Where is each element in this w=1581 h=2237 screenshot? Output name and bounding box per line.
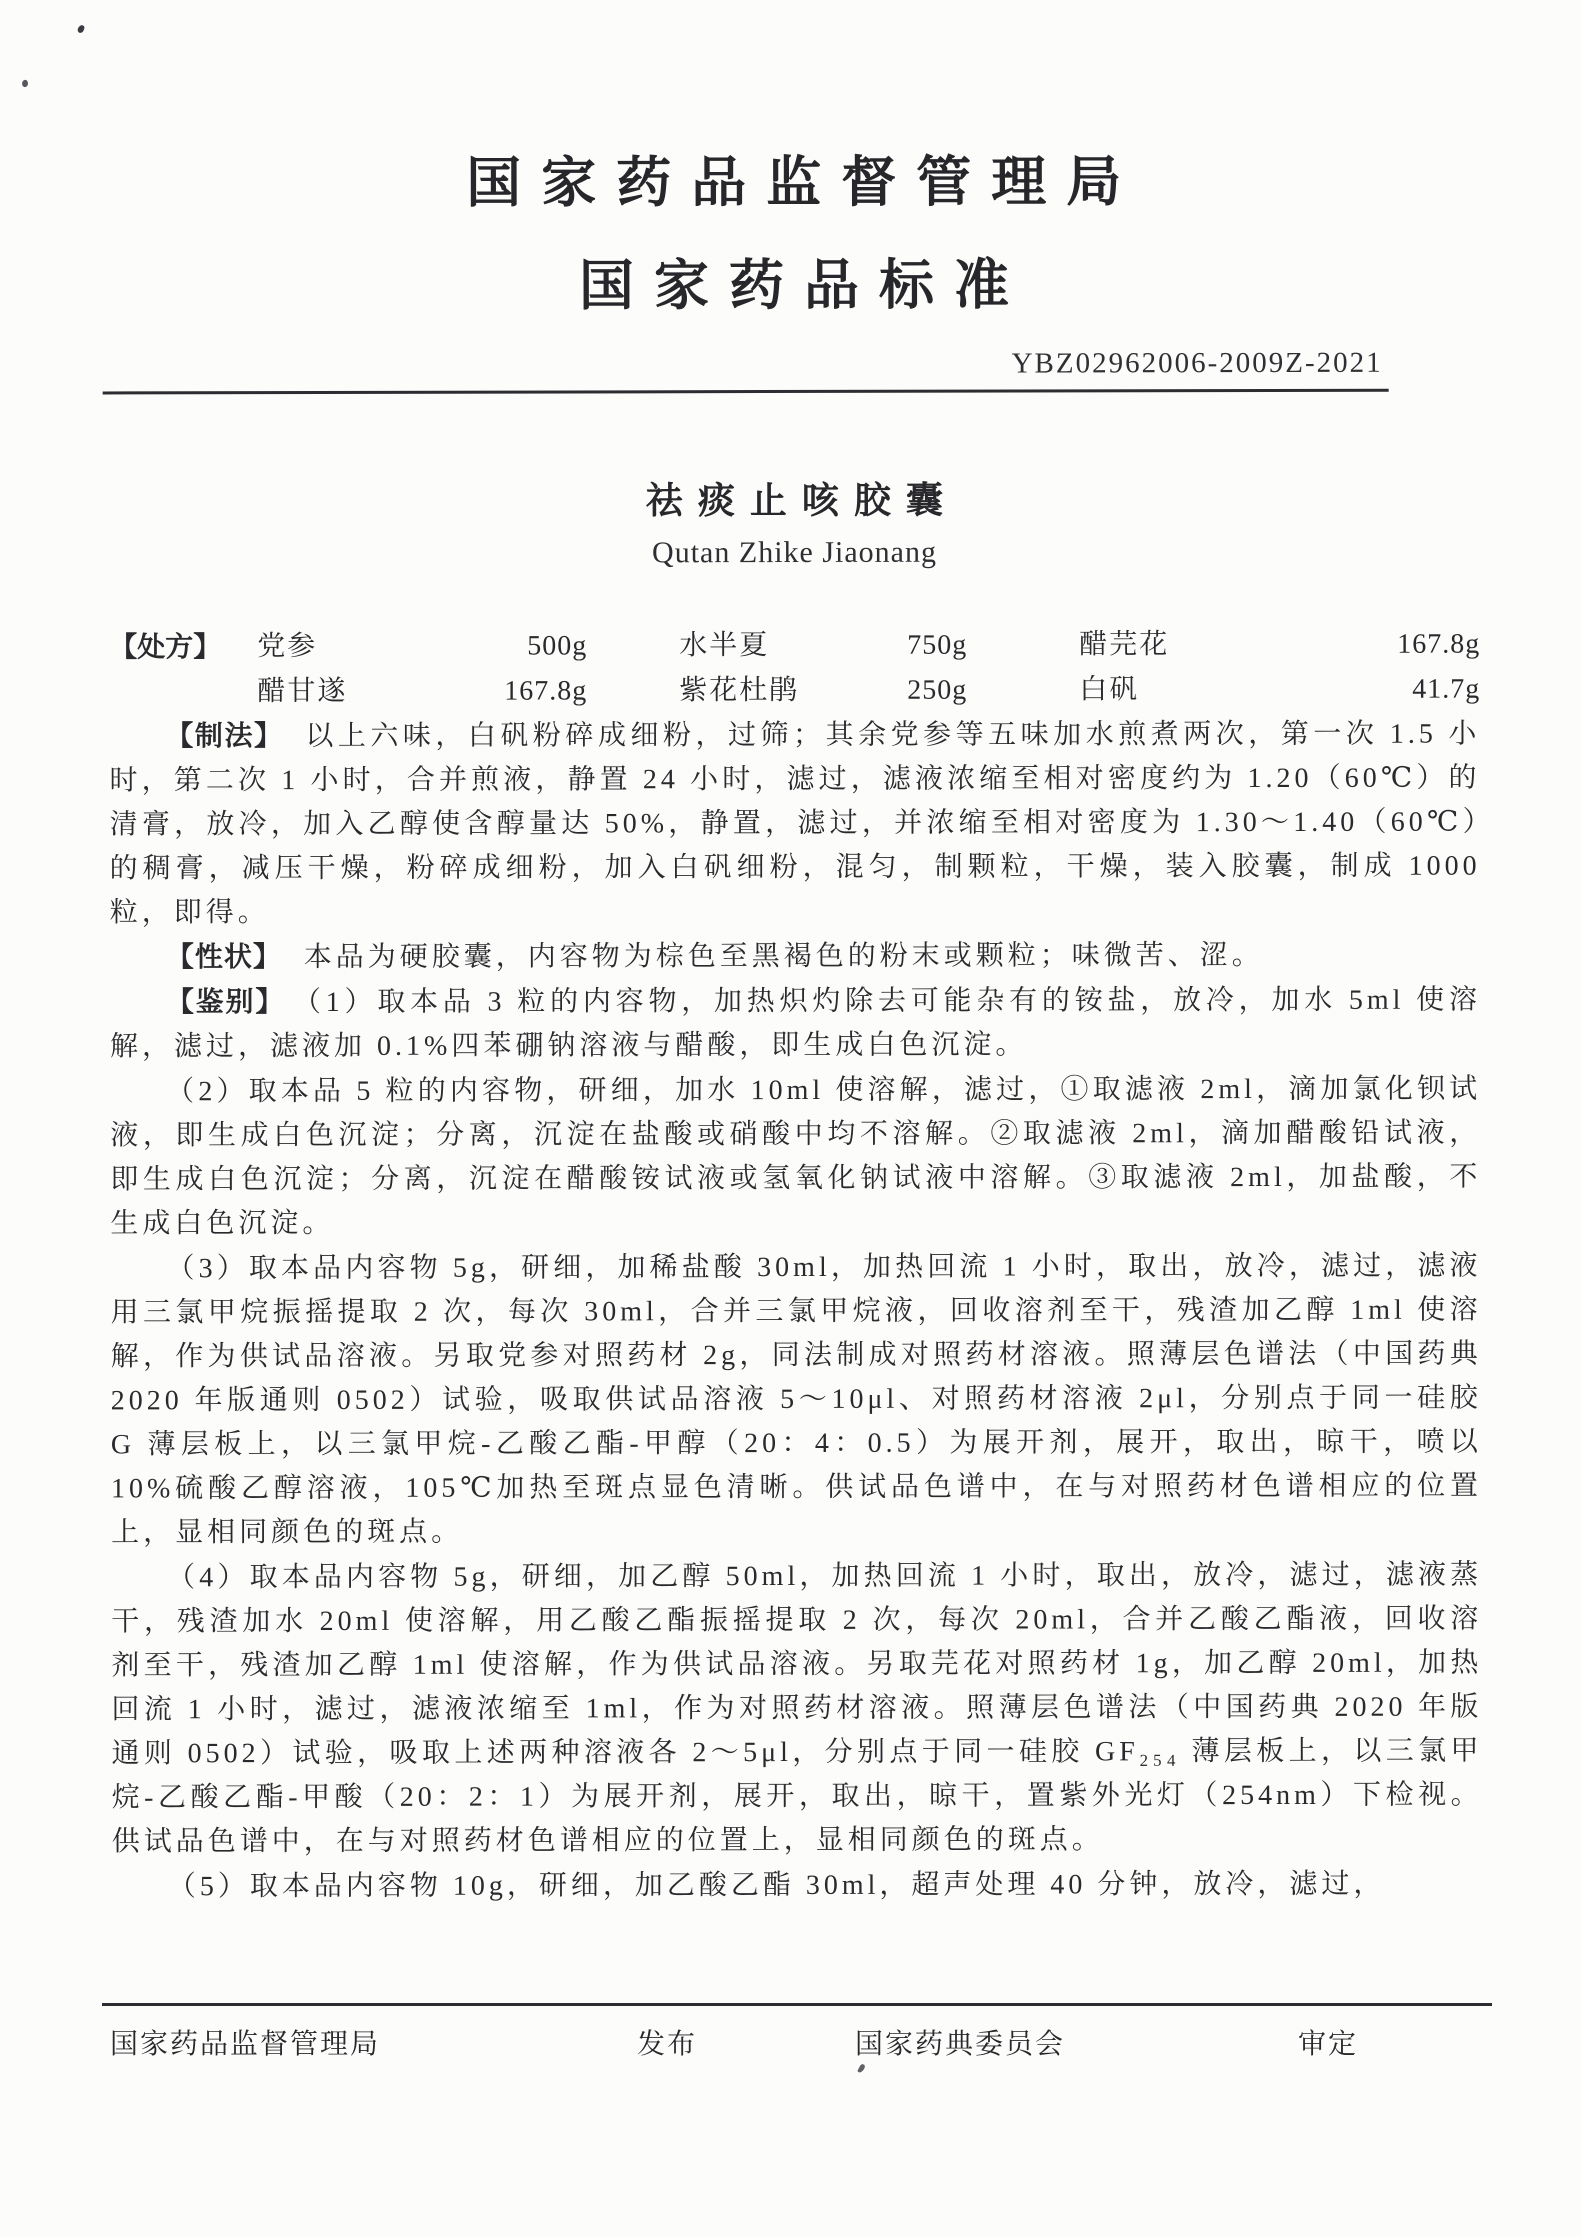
- scan-speck: [857, 2063, 866, 2073]
- section-identification-1: 【鉴别】（1）取本品 3 粒的内容物，加热炽灼除去可能杂有的铵盐，放冷，加水 5…: [110, 977, 1481, 1069]
- spacer: [587, 623, 679, 668]
- ingredient-name: 醋甘遂: [257, 668, 437, 713]
- section-text: （2）取本品 5 粒的内容物，研细，加水 10ml 使溶解，滤过，①取滤液 2m…: [110, 1073, 1481, 1239]
- section-properties: 【性状】本品为硬胶囊，内容物为棕色至黑褐色的粉末或颗粒；味微苦、涩。: [110, 932, 1481, 980]
- ingredient-amount: 250g: [837, 667, 967, 712]
- section-identification-2: （2）取本品 5 粒的内容物，研细，加水 10ml 使溶解，滤过，①取滤液 2m…: [110, 1066, 1481, 1246]
- document-content: 国家药品监督管理局 国家药品标准 YBZ02962006-2009Z-2021 …: [0, 146, 1581, 1909]
- issuing-authority-title: 国家药品监督管理局: [108, 147, 1479, 219]
- ingredient-amount: 41.7g: [1247, 666, 1480, 711]
- section-identification-4: （4）取本品内容物 5g，研细，加乙醇 50ml，加热回流 1 小时，取出，放冷…: [111, 1552, 1483, 1864]
- footer-issue-label: 发布: [637, 2022, 697, 2062]
- spacer: [587, 668, 679, 713]
- section-label: 【制法】: [165, 720, 283, 751]
- ingredient-name: 水半夏: [679, 622, 837, 667]
- ingredient-name: 醋芫花: [1079, 622, 1247, 667]
- footer-reviewer: 国家药典委员会: [855, 2022, 1065, 2062]
- section-text: 本品为硬胶囊，内容物为棕色至黑褐色的粉末或颗粒；味微苦、涩。: [304, 940, 1264, 973]
- section-text: （5）取本品内容物 10g，研细，加乙酸乙酯 30ml，超声处理 40 分钟，放…: [168, 1868, 1386, 1902]
- footer-row: 国家药品监督管理局 发布 国家药典委员会 审定: [102, 2006, 1492, 2076]
- prescription-table: 【处方】 党参 500g 水半夏 750g 醋芫花 167.8g 醋甘遂 167…: [109, 621, 1480, 714]
- section-text: 以上六味，白矾粉碎成细粉，过筛；其余党参等五味加水煎煮两次，第一次 1.5 小时…: [109, 718, 1480, 928]
- footer-issuer: 国家药品监督管理局: [110, 2022, 380, 2062]
- scan-speck: [21, 79, 29, 87]
- ingredient-amount: 167.8g: [1247, 621, 1480, 666]
- section-label: 【性状】: [166, 941, 282, 972]
- spacer: [967, 667, 1079, 712]
- ingredient-amount: 500g: [437, 623, 587, 668]
- footer-review-label: 审定: [1298, 2022, 1358, 2062]
- document-page: 国家药品监督管理局 国家药品标准 YBZ02962006-2009Z-2021 …: [0, 0, 1581, 2237]
- section-preparation: 【制法】以上六味，白矾粉碎成细粉，过筛；其余党参等五味加水煎煮两次，第一次 1.…: [109, 711, 1480, 935]
- body-text: 【制法】以上六味，白矾粉碎成细粉，过筛；其余党参等五味加水煎煮两次，第一次 1.…: [109, 711, 1482, 1909]
- section-identification-3: （3）取本品内容物 5g，研细，加稀盐酸 30ml，加热回流 1 小时，取出，放…: [110, 1243, 1482, 1555]
- prescription-label: 【处方】: [109, 624, 257, 669]
- ingredient-name: 白矾: [1079, 667, 1247, 712]
- section-identification-5: （5）取本品内容物 10g，研细，加乙酸乙酯 30ml，超声处理 40 分钟，放…: [112, 1861, 1483, 1909]
- ingredient-amount: 750g: [837, 622, 967, 667]
- spacer: [109, 669, 257, 714]
- section-text: （1）取本品 3 粒的内容物，加热炽灼除去可能杂有的铵盐，放冷，加水 5ml 使…: [110, 984, 1481, 1062]
- ingredient-amount: 167.8g: [437, 668, 587, 713]
- spacer: [967, 622, 1079, 667]
- document-type-title: 国家药品标准: [108, 249, 1479, 321]
- ingredient-name: 紫花杜鹃: [679, 667, 837, 712]
- drug-name-pinyin: Qutan Zhike Jiaonang: [109, 533, 1480, 572]
- page-footer: 国家药品监督管理局 发布 国家药典委员会 审定: [102, 2003, 1492, 2076]
- section-label: 【鉴别】: [166, 986, 285, 1017]
- drug-name-cn: 祛痰止咳胶囊: [109, 475, 1480, 526]
- section-text: （3）取本品内容物 5g，研细，加稀盐酸 30ml，加热回流 1 小时，取出，放…: [111, 1250, 1482, 1548]
- ingredient-name: 党参: [257, 623, 437, 668]
- section-text: （4）取本品内容物 5g，研细，加乙醇 50ml，加热回流 1 小时，取出，放冷…: [111, 1559, 1482, 1857]
- scan-speck: [77, 24, 85, 34]
- standard-number: YBZ02962006-2009Z-2021: [103, 344, 1389, 394]
